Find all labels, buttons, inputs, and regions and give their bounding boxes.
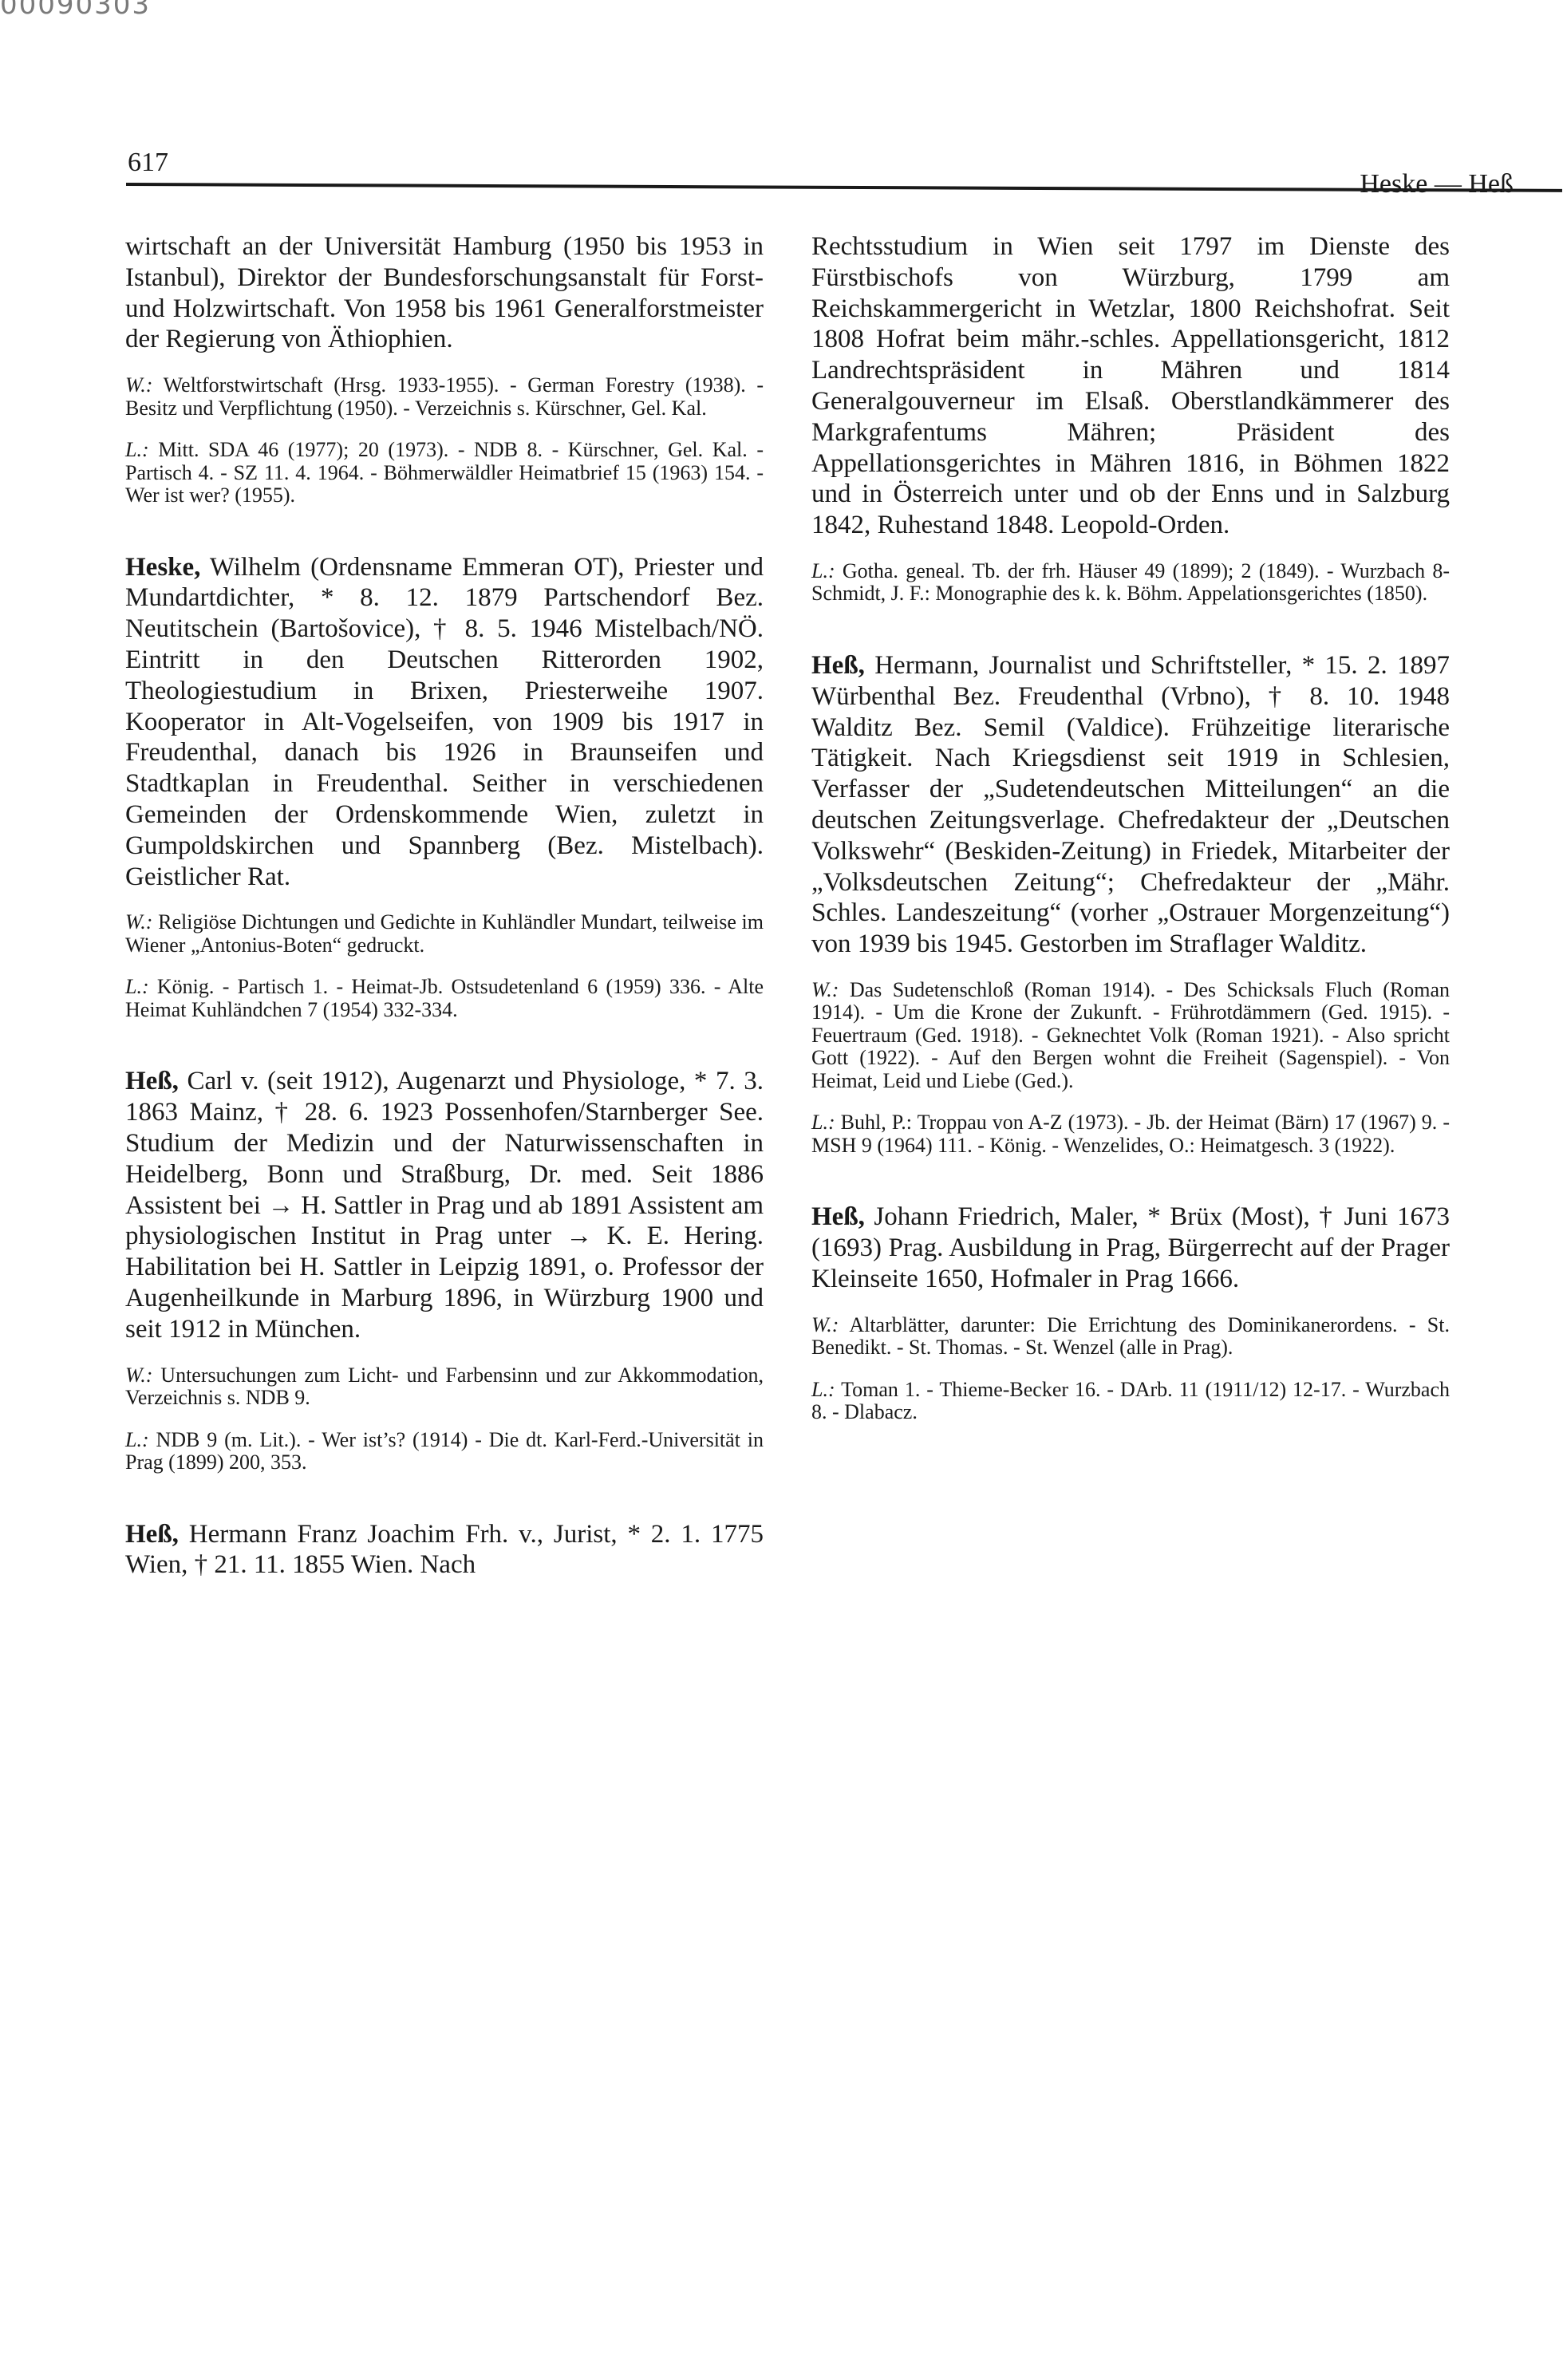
works-note: W.: Untersuchungen zum Licht- und Farben… xyxy=(125,1364,764,1410)
left-column: wirtschaft an der Universität Hamburg (1… xyxy=(125,231,764,1581)
paragraph-gap xyxy=(811,541,1450,560)
paragraph-gap xyxy=(811,1092,1450,1111)
note-text: Weltforstwirtschaft (Hrsg. 1933-1955). -… xyxy=(125,373,764,420)
note-text: Buhl, P.: Troppau von A-Z (1973). - Jb. … xyxy=(811,1111,1450,1157)
paragraph-gap xyxy=(125,1410,764,1429)
paragraph-gap xyxy=(811,1360,1450,1379)
note-text: König. - Partisch 1. - Heimat-Jb. Ostsud… xyxy=(125,975,764,1021)
note-label: W.: xyxy=(125,910,152,933)
paragraph-gap xyxy=(125,1474,764,1519)
note-text: Das Sudetenschloß (Roman 1914). - Des Sc… xyxy=(811,978,1450,1092)
biography-continuation: Rechtsstudium in Wien seit 1797 im Diens… xyxy=(811,231,1450,541)
note-label: W.: xyxy=(125,1364,152,1387)
entry-text: Rechtsstudium in Wien seit 1797 im Diens… xyxy=(811,232,1450,539)
note-label: L.: xyxy=(125,1428,149,1451)
literature-note: L.: König. - Partisch 1. - Heimat-Jb. Os… xyxy=(125,976,764,1021)
entry-text: Hermann, Journalist und Schriftsteller, … xyxy=(811,651,1450,958)
paragraph-gap xyxy=(125,892,764,911)
entry-lemma: Heß, xyxy=(125,1520,179,1549)
note-text: Untersuchungen zum Licht- und Farbensinn… xyxy=(125,1364,764,1410)
paragraph-gap xyxy=(811,1157,1450,1202)
entry-lemma: Heske, xyxy=(125,553,200,582)
literature-note: L.: Buhl, P.: Troppau von A-Z (1973). - … xyxy=(811,1111,1450,1157)
literature-note: L.: Gotha. geneal. Tb. der frh. Häuser 4… xyxy=(811,560,1450,606)
entry-text: Carl v. (seit 1912), Augenarzt und Physi… xyxy=(125,1067,764,1343)
note-label: W.: xyxy=(125,373,152,397)
note-label: L.: xyxy=(811,1378,835,1401)
biography-entry: Heß, Carl v. (seit 1912), Augenarzt und … xyxy=(125,1066,764,1344)
entry-text: wirtschaft an der Universität Hamburg (1… xyxy=(125,232,764,353)
note-text: NDB 9 (m. Lit.). - Wer ist’s? (1914) - D… xyxy=(125,1428,764,1474)
note-label: W.: xyxy=(811,978,839,1001)
header-rule xyxy=(126,183,1562,192)
biography-entry: Heske, Wilhelm (Ordensname Emmeran OT), … xyxy=(125,552,764,893)
entry-lemma: Heß, xyxy=(811,1202,865,1231)
paragraph-gap xyxy=(125,1345,764,1364)
literature-note: L.: Mitt. SDA 46 (1977); 20 (1973). - ND… xyxy=(125,439,764,507)
paragraph-gap xyxy=(125,507,764,552)
entry-lemma: Heß, xyxy=(125,1067,179,1095)
biography-entry: Heß, Hermann, Journalist und Schriftstel… xyxy=(811,650,1450,960)
page-number: 617 xyxy=(128,148,168,178)
literature-note: L.: Toman 1. - Thieme-Becker 16. - DArb.… xyxy=(811,1379,1450,1424)
paragraph-gap xyxy=(125,1021,764,1066)
paragraph-gap xyxy=(811,606,1450,650)
note-text: Gotha. geneal. Tb. der frh. Häuser 49 (1… xyxy=(811,559,1450,606)
note-text: Toman 1. - Thieme-Becker 16. - DArb. 11 … xyxy=(811,1378,1450,1424)
works-note: W.: Das Sudetenschloß (Roman 1914). - De… xyxy=(811,979,1450,1093)
note-text: Altarblätter, darunter: Die Errichtung d… xyxy=(811,1313,1450,1360)
works-note: W.: Weltforstwirtschaft (Hrsg. 1933-1955… xyxy=(125,374,764,420)
note-text: Religiöse Dichtungen und Gedichte in Kuh… xyxy=(125,910,764,957)
note-label: L.: xyxy=(811,559,835,582)
note-label: L.: xyxy=(125,438,149,461)
entry-text: Hermann Franz Joachim Frh. v., Jurist, *… xyxy=(125,1520,764,1580)
paragraph-gap xyxy=(811,960,1450,979)
running-head: Heske — Heß xyxy=(1360,169,1514,199)
note-label: L.: xyxy=(125,975,149,998)
entry-text: Wilhelm (Ordensname Emmeran OT), Prieste… xyxy=(125,553,764,891)
biography-continuation: wirtschaft an der Universität Hamburg (1… xyxy=(125,231,764,355)
right-column: Rechtsstudium in Wien seit 1797 im Diens… xyxy=(811,231,1450,1424)
note-label: L.: xyxy=(811,1111,835,1134)
paragraph-gap xyxy=(125,957,764,976)
entry-text: Johann Friedrich, Maler, * Brüx (Most), … xyxy=(811,1202,1450,1293)
note-text: Mitt. SDA 46 (1977); 20 (1973). - NDB 8.… xyxy=(125,438,764,507)
entry-lemma: Heß, xyxy=(811,651,865,680)
scan-stamp: 00090303 xyxy=(0,0,151,21)
literature-note: L.: NDB 9 (m. Lit.). - Wer ist’s? (1914)… xyxy=(125,1429,764,1474)
works-note: W.: Religiöse Dichtungen und Gedichte in… xyxy=(125,911,764,957)
biography-entry: Heß, Johann Friedrich, Maler, * Brüx (Mo… xyxy=(811,1202,1450,1294)
biography-entry: Heß, Hermann Franz Joachim Frh. v., Juri… xyxy=(125,1519,764,1581)
note-label: W.: xyxy=(811,1313,839,1336)
works-note: W.: Altarblätter, darunter: Die Errichtu… xyxy=(811,1314,1450,1360)
paragraph-gap xyxy=(811,1295,1450,1314)
paragraph-gap xyxy=(125,420,764,439)
paragraph-gap xyxy=(125,355,764,374)
